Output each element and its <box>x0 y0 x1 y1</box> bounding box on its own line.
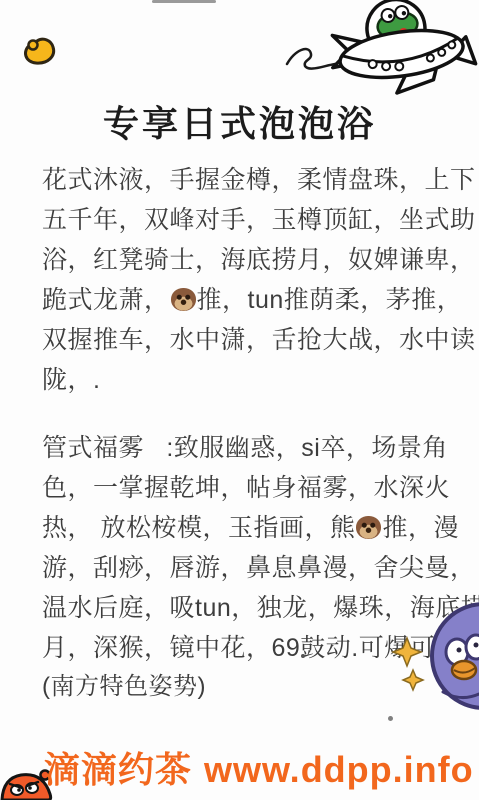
poster-page: 专享日式泡泡浴 花式沐液，手握金樽，柔情盘珠，上下五千年，双峰对手，玉樽顶缸，坐… <box>0 0 479 800</box>
text-line: 热， 放松桉模，玉指画，熊推，漫 <box>42 508 446 548</box>
sparkle-icon <box>403 670 423 690</box>
text-line: 陇，. <box>42 360 446 400</box>
footer-site-name: 滴滴约茶 <box>44 749 192 790</box>
crocodile-spaceship-icon <box>279 0 479 95</box>
text-line: 浴，红凳骑士，海底捞月，奴婢谦卑， <box>42 240 446 280</box>
text-line: 双握推车，水中潇，舌抢大战，水中读 <box>42 320 446 360</box>
text-line: 色，一掌握乾坤，帖身福雾，水深火 <box>42 468 446 508</box>
top-edge-artifact <box>152 0 216 3</box>
note-line: (南方特色姿势) <box>42 666 206 701</box>
text-line: 花式沐液，手握金樽，柔情盘珠，上下 <box>42 160 446 200</box>
footer-banner: 滴滴约茶www.ddpp.info <box>44 742 474 793</box>
footer-url: www.ddpp.info <box>204 749 474 790</box>
squiggle-trail <box>287 49 335 69</box>
paragraph-1: 花式沐液，手握金樽，柔情盘珠，上下五千年，双峰对手，玉樽顶缸，坐式助浴，红凳骑士… <box>42 160 446 400</box>
yellow-bean-icon <box>20 34 60 70</box>
text-line: 管式福雾 :致服幽惑，si卒，场景角 <box>42 428 446 468</box>
page-title: 专享日式泡泡浴 <box>0 96 479 147</box>
sparkle-icon <box>393 638 421 666</box>
bear-face-emoji-icon <box>171 288 196 311</box>
text-line: 游，刮痧，唇游，鼻息鼻漫，舍尖曼， <box>42 548 446 588</box>
text-line: 跪式龙萧，推，tun推荫柔，茅推， <box>42 280 446 320</box>
bear-face-emoji-icon <box>356 516 381 539</box>
text-line: 五千年，双峰对手，玉樽顶缸，坐式助 <box>42 200 446 240</box>
purple-blob-icon <box>379 598 479 728</box>
emphasis-dot <box>301 654 305 658</box>
